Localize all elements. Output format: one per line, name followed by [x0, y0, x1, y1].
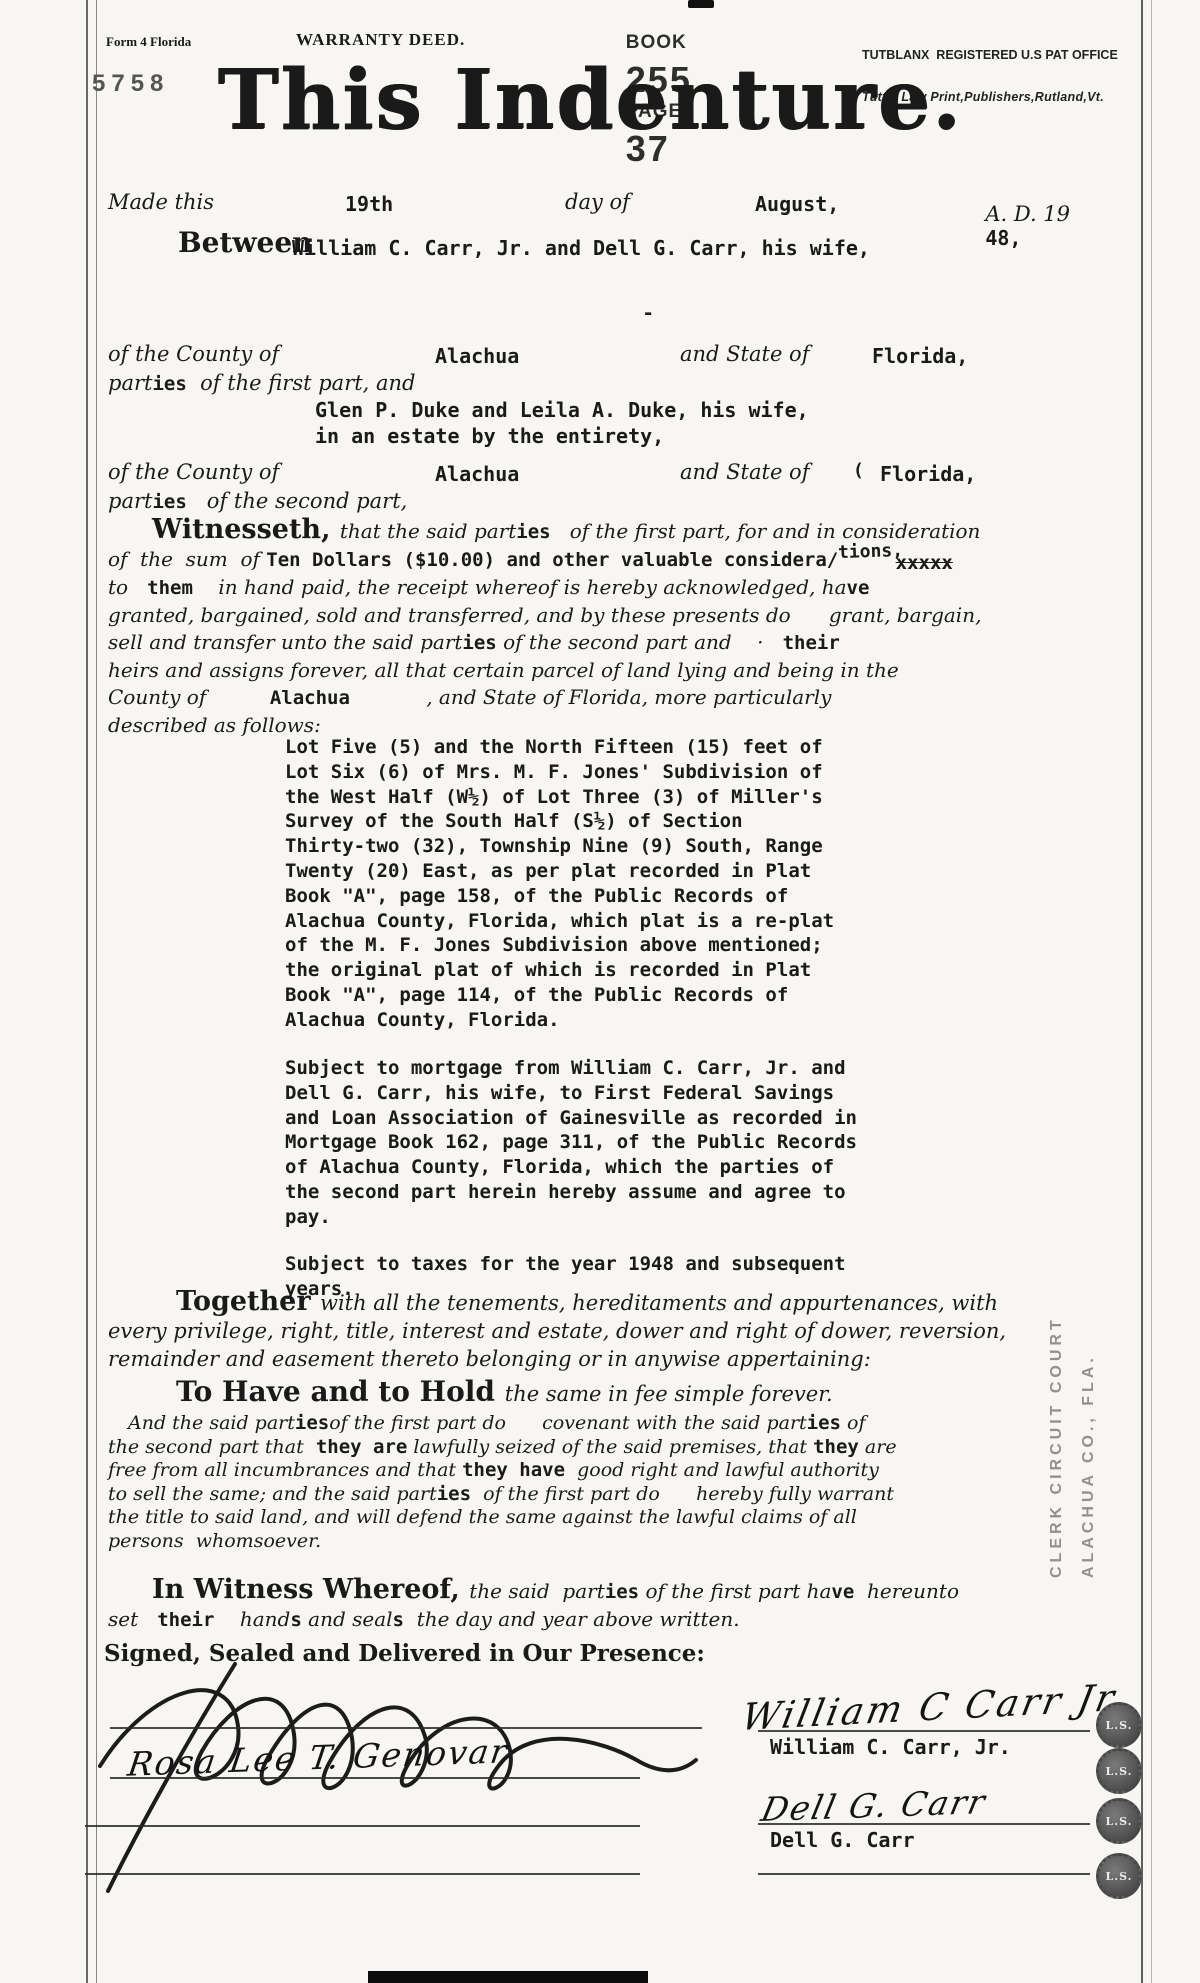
year-printed-label: A. D. 19: [985, 202, 1070, 226]
text-line: County of Alachua , and State of Florida…: [108, 684, 1143, 712]
grantor-names: William C. Carr, Jr. and Dell G. Carr, h…: [292, 236, 870, 260]
witness-clause: In Witness Whereof, the said parties of …: [108, 1576, 1148, 1634]
book-label: BOOK: [626, 32, 687, 53]
text-line: to them in hand paid, the receipt whereo…: [108, 574, 1143, 602]
text-line: the West Half (W½) of Lot Three (3) of M…: [285, 785, 834, 810]
grantor2-signature: Dell G. Carr: [758, 1782, 990, 1829]
text-line: set their hands and seals the day and ye…: [108, 1606, 1148, 1634]
second-party-state-mark: (: [853, 460, 864, 481]
grantor1-typed-name: William C. Carr, Jr.: [770, 1735, 1011, 1759]
warranty-deed-page: Form 4 Florida WARRANTY DEED. BOOK 255 P…: [0, 0, 1200, 1983]
together-paragraph: Together with all the tenements, heredit…: [108, 1288, 1143, 1373]
made-year: A. D. 19 48,: [965, 183, 1070, 269]
made-this-label: Made this: [108, 190, 214, 214]
second-party-county-value: Alachua: [435, 462, 519, 486]
text-line: of Alachua County, Florida, which the pa…: [285, 1155, 857, 1180]
text-line: Twenty (20) East, as per plat recorded i…: [285, 859, 834, 884]
second-party-county-label: of the County of: [108, 460, 279, 484]
second-party-state-value: Florida,: [880, 462, 976, 486]
text-line: Lot Six (6) of Mrs. M. F. Jones' Subdivi…: [285, 760, 834, 785]
text-line: free from all incumbrances and that they…: [108, 1459, 1148, 1483]
covenant-paragraph: And the said partiesof the first part do…: [108, 1412, 1148, 1554]
text-line: Mortgage Book 162, page 311, of the Publ…: [285, 1130, 857, 1155]
witness3-signature-line: [85, 1825, 640, 1827]
text-line: pay.: [285, 1205, 857, 1230]
text-line: the second part herein hereby assume and…: [285, 1180, 857, 1205]
text-line: the title to said land, and will defend …: [108, 1506, 1148, 1530]
text-line: Thirty-two (32), Township Nine (9) South…: [285, 834, 834, 859]
form-title: WARRANTY DEED.: [296, 30, 465, 50]
text-line: the original plat of which is recorded i…: [285, 958, 834, 983]
made-day-value: 19th: [345, 192, 393, 216]
text-line: Survey of the South Half (S½) of Section: [285, 809, 834, 834]
witnesseth-paragraph: Witnesseth, that the said parties of the…: [108, 516, 1143, 739]
clerk-stamp-line-1: CLERK CIRCUIT COURT: [1048, 1268, 1066, 1578]
text-line: remainder and easement thereto belonging…: [108, 1345, 1143, 1373]
text-line: Together with all the tenements, heredit…: [108, 1288, 1143, 1317]
ls-seal-2: L.S.: [1096, 1748, 1142, 1794]
first-party-county-value: Alachua: [435, 344, 519, 368]
text-line: of the M. F. Jones Subdivision above men…: [285, 933, 834, 958]
first-party-county-label: of the County of: [108, 342, 279, 366]
text-line: of the sum of Ten Dollars ($10.00) and o…: [108, 546, 1143, 574]
grantor2-signature-line: [758, 1823, 1090, 1825]
text-line: to sell the same; and the said parties o…: [108, 1483, 1148, 1507]
text-line: in an estate by the entirety,: [315, 424, 809, 450]
text-line: Subject to mortgage from William C. Carr…: [285, 1056, 857, 1081]
witness2-signature-line: [110, 1777, 640, 1779]
text-line: And the said partiesof the first part do…: [108, 1412, 1148, 1436]
deed-title: This Indenture.: [0, 52, 1180, 148]
text-line: heirs and assigns forever, all that cert…: [108, 657, 1143, 684]
habendum-clause: To Have and to Hold the same in fee simp…: [108, 1378, 1143, 1408]
form-number: Form 4 Florida: [106, 34, 191, 50]
ls-seal-3: L.S.: [1096, 1798, 1142, 1844]
witness1-signature-line: [110, 1727, 702, 1729]
witness4-signature-line: [85, 1873, 640, 1875]
legal-description: Lot Five (5) and the North Fifteen (15) …: [285, 735, 834, 1033]
second-party-parties-line: parties of the second part,: [108, 488, 407, 515]
scan-artifact-bottom-bar: [368, 1971, 648, 1983]
text-line: Subject to taxes for the year 1948 and s…: [285, 1252, 846, 1277]
ls-seal-1: L.S.: [1096, 1702, 1142, 1748]
right-border-rule: [1141, 0, 1143, 1983]
mortgage-clause: Subject to mortgage from William C. Carr…: [285, 1056, 857, 1230]
text-line: and Loan Association of Gainesville as r…: [285, 1106, 857, 1131]
text-line: parties of the first part, and: [108, 370, 416, 397]
text-line: Alachua County, Florida, which plat is a…: [285, 909, 834, 934]
clerk-stamp-line-2: ALACHUA CO., FLA.: [1080, 1268, 1098, 1578]
text-line: sell and transfer unto the said parties …: [108, 629, 1143, 657]
second-party-state-label: and State of: [680, 460, 809, 484]
right-border-rule-outer: [1151, 0, 1152, 1983]
text-line: In Witness Whereof, the said parties of …: [108, 1576, 1148, 1606]
day-of-label: day of: [565, 190, 630, 214]
text-line: To Have and to Hold the same in fee simp…: [108, 1378, 1143, 1408]
ls-seal-4: L.S.: [1096, 1853, 1142, 1899]
first-party-parties-line: parties of the first part, and: [108, 370, 416, 397]
text-line: persons whomsoever.: [108, 1530, 1148, 1554]
text-line: every privilege, right, title, interest …: [108, 1317, 1143, 1345]
text-line: Book "A", page 114, of the Public Record…: [285, 983, 834, 1008]
scan-artifact-top-smudge: [688, 0, 714, 8]
text-line: Book "A", page 158, of the Public Record…: [285, 884, 834, 909]
grantor3-signature-line: [758, 1873, 1090, 1875]
grantor2-typed-name: Dell G. Carr: [770, 1828, 915, 1852]
text-line: Glen P. Duke and Leila A. Duke, his wife…: [315, 398, 809, 424]
made-month-value: August,: [755, 192, 839, 216]
first-party-state-value: Florida,: [872, 344, 968, 368]
grantee-names: Glen P. Duke and Leila A. Duke, his wife…: [315, 398, 809, 449]
stray-dash-mark: -: [644, 300, 652, 324]
text-line: Lot Five (5) and the North Fifteen (15) …: [285, 735, 834, 760]
clerk-stamp: CLERK CIRCUIT COURT ALACHUA CO., FLA.: [1042, 1268, 1134, 1578]
text-line: granted, bargained, sold and transferred…: [108, 602, 1143, 629]
grantor1-signature-line: [758, 1730, 1090, 1732]
text-line: parties of the second part,: [108, 488, 407, 515]
text-line: Alachua County, Florida.: [285, 1008, 834, 1033]
first-party-state-label: and State of: [680, 342, 809, 366]
text-line: Witnesseth, that the said parties of the…: [108, 516, 1143, 546]
text-line: Dell G. Carr, his wife, to First Federal…: [285, 1081, 857, 1106]
text-line: the second part that they are lawfully s…: [108, 1436, 1148, 1460]
year-typed-value: 48,: [985, 226, 1021, 250]
